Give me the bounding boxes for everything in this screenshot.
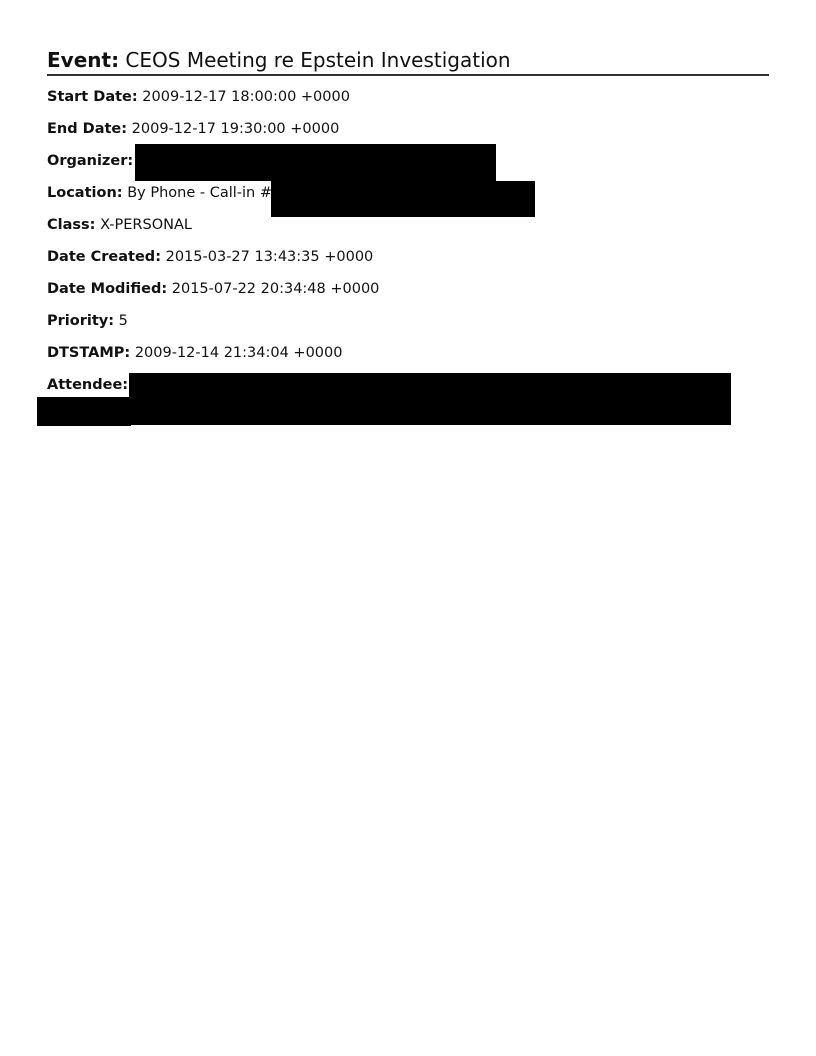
field-value: 2009-12-17 18:00:00 +0000 — [142, 89, 350, 105]
field-label: Date Modified: — [47, 281, 167, 297]
location-redaction — [271, 181, 535, 217]
field-label: Attendee: — [47, 377, 128, 393]
organizer-redaction — [135, 144, 496, 181]
field-value: 2015-07-22 20:34:48 +0000 — [172, 281, 380, 297]
field-value: 2009-12-17 19:30:00 +0000 — [132, 121, 340, 137]
field-label: Priority: — [47, 313, 114, 329]
field-date-created: Date Created: 2015-03-27 13:43:35 +0000 — [47, 247, 373, 267]
field-value: 2009-12-14 21:34:04 +0000 — [135, 345, 343, 361]
field-class: Class: X-PERSONAL — [47, 215, 192, 235]
field-organizer: Organizer: — [47, 151, 133, 171]
field-label: Date Created: — [47, 249, 161, 265]
field-label: DTSTAMP: — [47, 345, 130, 361]
field-label: Location: — [47, 185, 123, 201]
field-attendee: Attendee: — [47, 375, 128, 395]
event-label: Event: — [47, 48, 119, 72]
field-priority: Priority: 5 — [47, 311, 128, 331]
field-label: Start Date: — [47, 89, 138, 105]
field-value: 2015-03-27 13:43:35 +0000 — [166, 249, 374, 265]
field-end-date: End Date: 2009-12-17 19:30:00 +0000 — [47, 119, 339, 139]
field-label: Organizer: — [47, 153, 133, 169]
field-value: X-PERSONAL — [100, 217, 192, 233]
field-date-modified: Date Modified: 2015-07-22 20:34:48 +0000 — [47, 279, 379, 299]
attendee-redaction — [129, 373, 731, 425]
field-start-date: Start Date: 2009-12-17 18:00:00 +0000 — [47, 87, 350, 107]
field-value: By Phone - Call-in # — [127, 185, 272, 201]
field-location: Location: By Phone - Call-in # — [47, 183, 272, 203]
field-dtstamp: DTSTAMP: 2009-12-14 21:34:04 +0000 — [47, 343, 343, 363]
field-value: 5 — [119, 313, 128, 329]
field-label: End Date: — [47, 121, 127, 137]
attendee-redaction-2 — [37, 397, 131, 426]
event-name: CEOS Meeting re Epstein Investigation — [125, 48, 510, 72]
field-label: Class: — [47, 217, 95, 233]
event-title: Event: CEOS Meeting re Epstein Investiga… — [47, 47, 769, 76]
